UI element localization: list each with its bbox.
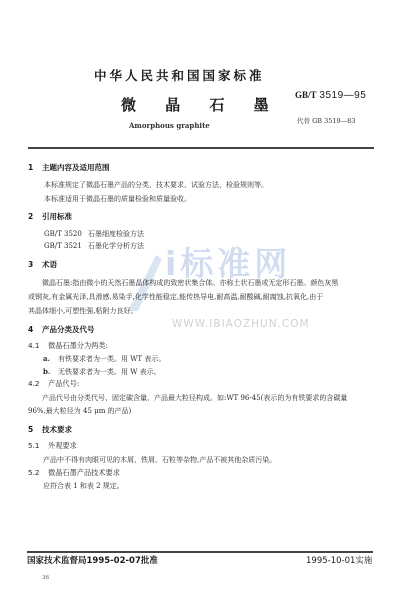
document-title: 微 晶 石 墨: [121, 94, 281, 115]
standard-code: GB/T 3519—95: [295, 90, 366, 101]
watermark-url: WWW.IBIAOZHUN.COM: [172, 318, 310, 330]
section-3-line-3: 其晶体细小,可塑性强,粘附力良好。: [28, 306, 137, 316]
list-item-a: a.有铁要求者为一类。用 WT 表示。: [43, 354, 165, 364]
national-standard-heading: 中华人民共和国国家标准: [94, 66, 265, 84]
section-3-heading: 3术语: [28, 259, 57, 270]
section-1-para-1: 本标准规定了微晶石墨产品的分类、技术要求、试验方法、检验规则等。: [44, 180, 268, 190]
replaces-standard: 代替 GB 3519—83: [297, 116, 355, 125]
reference-item: GB/T 3521石墨化学分析方法: [44, 241, 144, 251]
subsection-4-2-line-2: 96%,最大粒径为 45 μm 的产品): [28, 406, 131, 416]
section-4-heading: 4产品分类及代号: [28, 324, 95, 335]
section-3-line-2: 或钢灰,有金属光泽,具滑感,易染手,化学性能稳定,能传热导电,耐高温,耐酸碱,耐…: [28, 292, 323, 302]
subsection-5-2: 5.2微晶石墨产品技术要求: [28, 468, 120, 478]
page-number: 36: [42, 575, 49, 581]
subsection-5-1: 5.1外观要求: [28, 441, 77, 451]
implementation-date: 1995-10-01实施: [306, 554, 372, 566]
section-1-para-2: 本标准适用于微晶石墨的质量检验和质量验收。: [44, 194, 191, 204]
section-1-heading: 1主题内容及适用范围: [28, 162, 110, 173]
subsection-5-2-body: 应符合表 1 和表 2 规定。: [43, 481, 124, 491]
section-2-heading: 2引用标准: [28, 211, 72, 222]
section-3-line-1: 微晶石墨:指由微小的天然石墨晶体构成的致密状集合体。亦称土状石墨或无定形石墨。颜…: [42, 278, 338, 288]
section-5-heading: 5技术要求: [28, 424, 72, 435]
subsection-5-1-body: 产品中不得有肉眼可见的木屑、铁屑、石粒等杂物,产品不被其他杂质污染。: [43, 455, 276, 465]
footer-divider: [27, 551, 373, 553]
standard-code-number: 3519—95: [319, 90, 366, 101]
reference-item: GB/T 3520石墨细度检验方法: [44, 229, 144, 239]
header-divider: [28, 147, 374, 149]
standard-code-prefix: GB/T: [295, 90, 317, 100]
document-title-english: Amorphous graphite: [129, 121, 210, 130]
subsection-4-1: 4.1微晶石墨分为两类:: [28, 341, 108, 351]
subsection-4-2: 4.2产品代号:: [28, 379, 79, 389]
list-item-b: b.无铁要求者为一类。用 W 表示。: [43, 367, 161, 377]
subsection-4-2-line-1: 产品代号由分类代号、固定碳含量、产品最大粒径构成。如:WT 96-45(表示的为…: [42, 393, 347, 403]
approval-text: 国家技术监督局1995-02-07批准: [27, 554, 158, 566]
